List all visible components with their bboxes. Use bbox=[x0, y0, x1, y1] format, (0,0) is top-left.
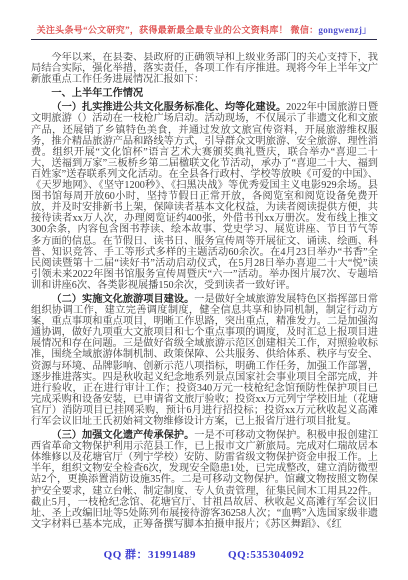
document-page: 关注头条号“公文研究”，获得最新最全最专业的公文资料库！ 微信：gongwenz… bbox=[0, 0, 408, 580]
subsection-2: （二）实施文化旅游项目建设。一是做好全域旅游发展特色区指挥部日常组织协调工作，建… bbox=[31, 294, 378, 427]
subsection-1-title: （一）扎实推进公共文化服务标准化、均等化建设。 bbox=[51, 102, 286, 113]
promo-header: 关注头条号“公文研究”，获得最新最全最专业的公文资料库！ 微信：gongwenz… bbox=[0, 25, 408, 40]
wechat-id: gongwenzj」 bbox=[318, 25, 371, 35]
promo-header-line: 关注头条号“公文研究”，获得最新最全最专业的公文资料库！ 微信：gongwenz… bbox=[31, 25, 378, 40]
subsection-1-text: 2022年中国旅游日暨文明旅游（）活动在一枝枪广场启动。活动现场，不仅展示了非遗… bbox=[31, 102, 378, 291]
subsection-3-title: （三）加强文化遗产传承保护。 bbox=[51, 430, 194, 441]
document-body: 今年以来，在县委、县政府的正确领导和上级业务部门的关心支持下，我局结合实际，强化… bbox=[31, 52, 378, 542]
qq-number: QQ:535304092 bbox=[228, 549, 304, 561]
qq-footer: QQ 群：31991489QQ:535304092 bbox=[0, 546, 408, 562]
subsection-3-text: 一是不可移动文物保护。积极申报创建江西省革命文物保护利用示范县工作，已上报市文广… bbox=[31, 430, 378, 530]
intro-paragraph: 今年以来，在县委、县政府的正确领导和上级业务部门的关心支持下，我局结合实际，强化… bbox=[31, 52, 378, 85]
section-heading-first-half-year: 一、上半年工作情况 bbox=[31, 88, 378, 99]
subsection-2-text: 一是做好全域旅游发展特色区指挥部日常组织协调工作，建立完善调度制度，健全信息共享… bbox=[31, 294, 378, 427]
subsection-3: （三）加强文化遗产传承保护。一是不可移动文物保护。积极申报创建江西省革命文物保护… bbox=[31, 430, 378, 530]
promo-text: 关注头条号“公文研究”，获得最新最全最专业的公文资料库！ 微信： bbox=[37, 25, 319, 35]
subsection-2-title: （二）实施文化旅游项目建设。 bbox=[51, 294, 194, 305]
qq-group-number: QQ 群：31991489 bbox=[104, 549, 196, 561]
subsection-1: （一）扎实推进公共文化服务标准化、均等化建设。2022年中国旅游日暨文明旅游（）… bbox=[31, 102, 378, 291]
